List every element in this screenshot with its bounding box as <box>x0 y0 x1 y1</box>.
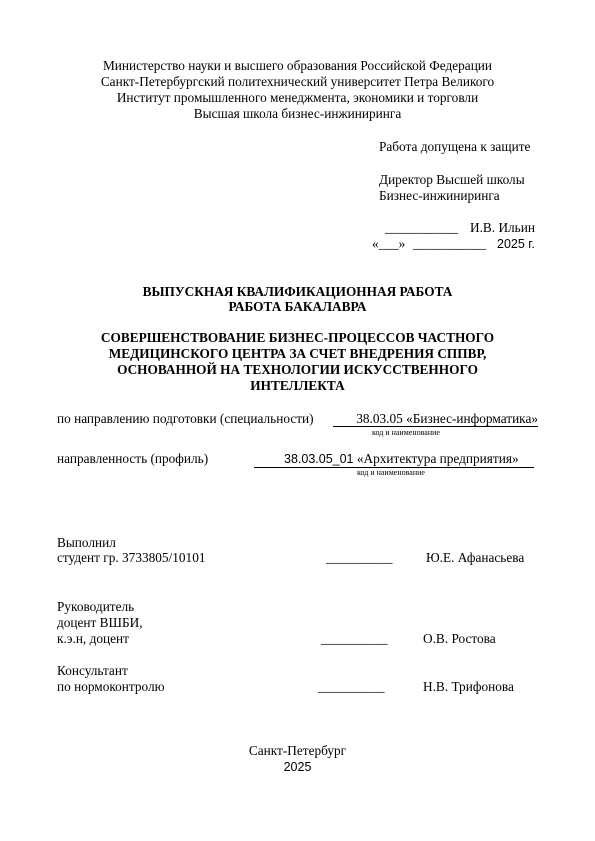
signer-name: О.В. Ростова <box>423 631 496 647</box>
header-line: Санкт-Петербургский политехнический унив… <box>0 74 595 90</box>
role-line: по нормоконтролю <box>57 679 165 695</box>
profile-code: 38.03.05_01 <box>284 452 354 466</box>
signature-blank: __________ <box>326 550 392 566</box>
director-name: И.В. Ильин <box>470 220 535 236</box>
role-line: Консультант <box>57 663 128 679</box>
approval-year: 2025 г. <box>497 236 535 252</box>
topic-line: ОСНОВАННОЙ НА ТЕХНОЛОГИИ ИСКУССТВЕННОГО <box>0 362 595 378</box>
profile-value: «Архитектура предприятия» <box>357 451 519 466</box>
footer-year: 2025 <box>0 759 595 775</box>
role-line: доцент ВШБИ, <box>57 615 143 631</box>
profile-label: направленность (профиль) <box>57 451 208 467</box>
signer-name: Н.В. Трифонова <box>423 679 514 695</box>
direction-caption: код и наименование <box>372 428 440 438</box>
admitted-text: Работа допущена к защите <box>379 139 530 155</box>
director-position: Директор Высшей школы <box>379 172 525 188</box>
signature-blank: __________ <box>318 679 384 695</box>
header-line: Институт промышленного менеджмента, экон… <box>0 90 595 106</box>
signature-blank: __________ <box>321 631 387 647</box>
director-position: Бизнес-инжиниринга <box>379 188 500 204</box>
topic-line: МЕДИЦИНСКОГО ЦЕНТРА ЗА СЧЕТ ВНЕДРЕНИЯ СП… <box>0 346 595 362</box>
date-day-blank: «___» <box>372 236 405 252</box>
topic-line: СОВЕРШЕНСТВОВАНИЕ БИЗНЕС-ПРОЦЕССОВ ЧАСТН… <box>0 330 595 346</box>
role-line: Выполнил <box>57 535 116 551</box>
date-month-blank: ___________ <box>413 236 486 252</box>
topic-line: ИНТЕЛЛЕКТА <box>0 378 595 394</box>
header-line: Высшая школа бизнес-инжиниринга <box>0 106 595 122</box>
signer-name: Ю.Е. Афанасьева <box>426 550 524 566</box>
profile-caption: код и наименование <box>357 468 425 478</box>
role-line: к.э.н, доцент <box>57 631 129 647</box>
role-line: Руководитель <box>57 599 134 615</box>
director-signature-blank: ___________ <box>385 220 458 236</box>
work-type: РАБОТА БАКАЛАВРА <box>0 299 595 315</box>
direction-label: по направлению подготовки (специальности… <box>57 411 314 427</box>
role-line: студент гр. 3733805/10101 <box>57 550 206 566</box>
direction-value: 38.03.05 «Бизнес-информатика» <box>333 411 538 427</box>
footer-city: Санкт-Петербург <box>0 743 595 759</box>
header-line: Министерство науки и высшего образования… <box>0 58 595 74</box>
work-type: ВЫПУСКНАЯ КВАЛИФИКАЦИОННАЯ РАБОТА <box>0 284 595 300</box>
profile-value-field: 38.03.05_01 «Архитектура предприятия» <box>254 451 534 468</box>
